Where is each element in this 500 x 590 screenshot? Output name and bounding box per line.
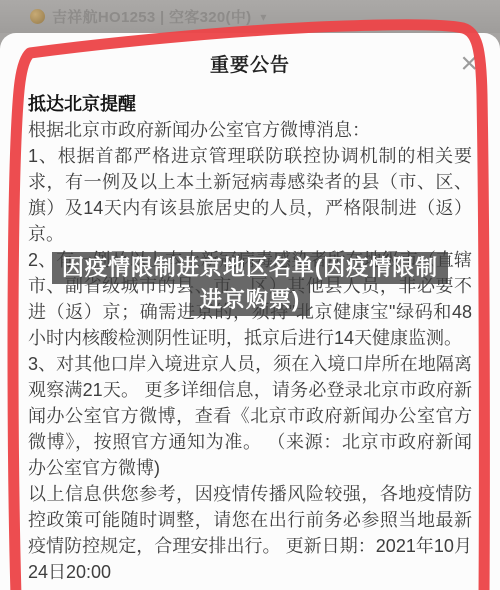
screen: 吉祥航HO1253 | 空客320(中) ▾ 重要公告 × 抵达北京提醒 根据北… (0, 0, 500, 590)
announcement-paragraph: 根据北京市政府新闻办公室官方微博消息： (28, 117, 472, 143)
modal-header: 重要公告 × (0, 33, 500, 79)
announcement-paragraph: 以上信息供您参考，因疫情传播风险较强，各地疫情防控政策可能随时调整，请您在出行前… (28, 481, 472, 585)
announcement-paragraph: 2、有一例及以上本土新冠病毒感染者所在地级市（直辖市、副省级城市的县、市、区）其… (28, 247, 472, 351)
announcement-paragraph: 1、根据首都严格进京管理联防联控协调机制的相关要求，有一例及以上本土新冠病毒感染… (28, 143, 472, 247)
announcement-modal: 重要公告 × 抵达北京提醒 根据北京市政府新闻办公室官方微博消息： 1、根据首都… (0, 33, 500, 590)
chevron-down-icon: ▾ (260, 10, 266, 24)
section-heading: 抵达北京提醒 (28, 91, 472, 117)
announcement-paragraph: 3、对其他口岸入境进京人员，须在入境口岸所在地隔离观察满21天。 更多详细信息，… (28, 351, 472, 481)
airline-logo-icon (30, 9, 45, 24)
close-icon[interactable]: × (460, 49, 478, 79)
flight-info-text: 吉祥航HO1253 | 空客320(中) (52, 6, 251, 27)
flight-info-bar: 吉祥航HO1253 | 空客320(中) ▾ (0, 0, 500, 33)
announcement-body[interactable]: 抵达北京提醒 根据北京市政府新闻办公室官方微博消息： 1、根据首都严格进京管理联… (0, 79, 500, 585)
modal-title: 重要公告 (210, 36, 290, 77)
